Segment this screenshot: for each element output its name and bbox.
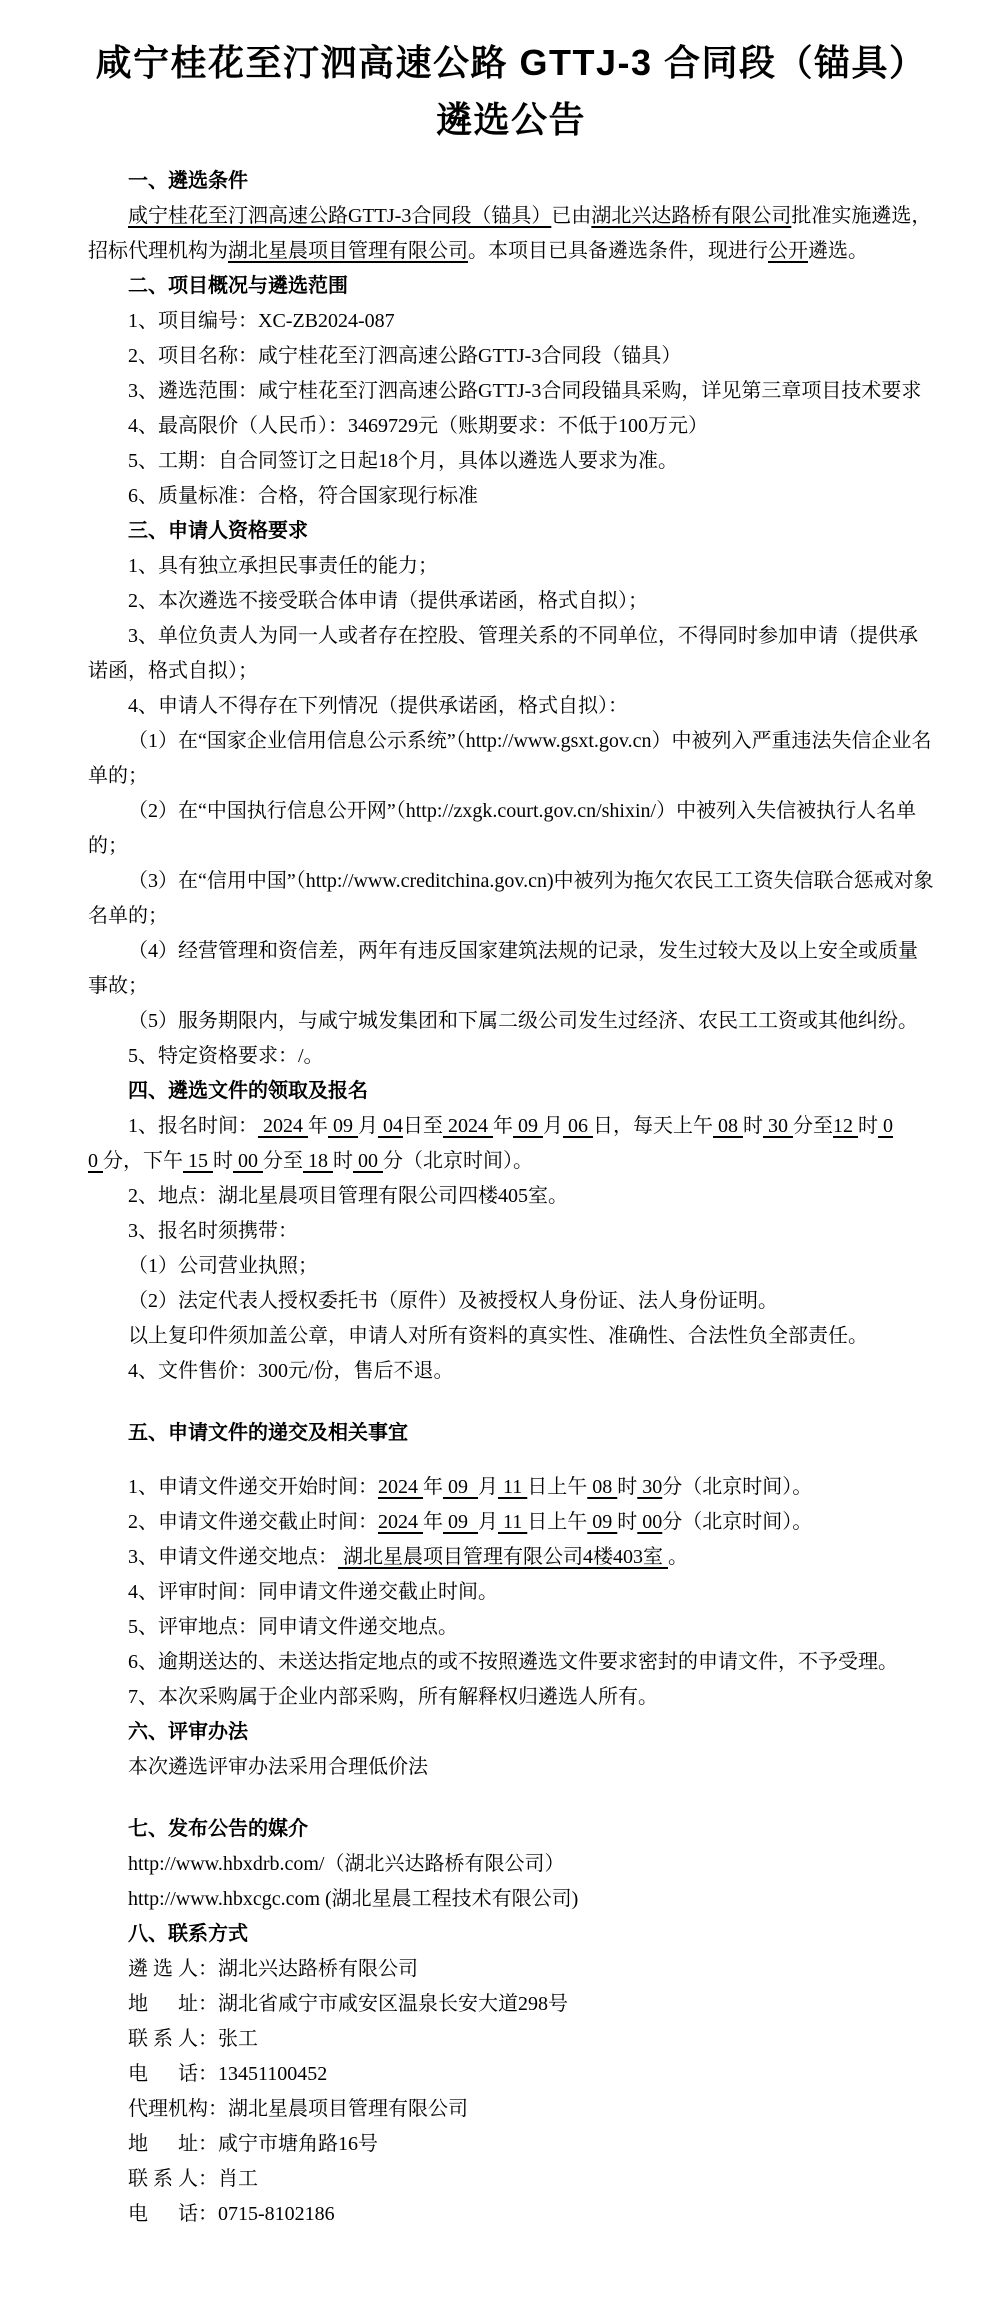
para-selection-scope: 3、遴选范围：咸宁桂花至汀泗高速公路GTTJ-3合同段锚具采购，详见第三章项目技… (88, 374, 934, 409)
text-run: 三、申请人资格要求 (128, 520, 308, 542)
underlined-text: 2024 (443, 1115, 493, 1137)
underlined-text: 00 (637, 1511, 662, 1533)
para-registration-place: 2、地点：湖北星晨项目管理有限公司四楼405室。 (88, 1179, 934, 1214)
underlined-text: 09 (443, 1476, 478, 1498)
text-run: 1、申请文件递交开始时间： (128, 1476, 378, 1498)
text-run: 时 (617, 1476, 637, 1498)
heading-applicant-qualifications: 三、申请人资格要求 (88, 514, 934, 549)
text-run: 月 (478, 1476, 498, 1498)
text-run: （1）在“国家企业信用信息公示系统”（http://www.gsxt.gov.c… (88, 730, 932, 787)
text-run: 5、工期：自合同签订之日起18个月，具体以遴选人要求为准。 (128, 450, 678, 472)
text-run: 代理机构：湖北星晨项目管理有限公司 (128, 2098, 468, 2120)
text-run: 八、联系方式 (128, 1923, 248, 1945)
para-qualification-4-5: （5）服务期限内，与咸宁城发集团和下属二级公司发生过经济、农民工工资或其他纠纷。 (88, 1004, 934, 1039)
underlined-text: 11 (498, 1511, 527, 1533)
text-run: 联 系 人：张工 (128, 2028, 258, 2050)
document-body: 一、遴选条件咸宁桂花至汀泗高速公路GTTJ-3合同段（锚具）已由湖北兴达路桥有限… (88, 164, 934, 2232)
text-run: （1）公司营业执照； (128, 1255, 318, 1277)
para-review-time: 4、评审时间：同申请文件递交截止时间。 (88, 1575, 934, 1610)
text-run: 4、最高限价（人民币）：3469729元（账期要求：不低于100万元） (128, 415, 708, 437)
para-duration: 5、工期：自合同签订之日起18个月，具体以遴选人要求为准。 (88, 444, 934, 479)
para-qualification-4-1: （1）在“国家企业信用信息公示系统”（http://www.gsxt.gov.c… (88, 724, 934, 794)
para-submission-place: 3、申请文件递交地点： 湖北星晨项目管理有限公司4楼403室 。 (88, 1540, 934, 1575)
para-qualification-2: 2、本次遴选不接受联合体申请（提供承诺函，格式自拟）； (88, 584, 934, 619)
text-run: 年 (493, 1115, 513, 1137)
text-run: 2、项目名称：咸宁桂花至汀泗高速公路GTTJ-3合同段（锚具） (128, 345, 681, 367)
para-qualification-5: 5、特定资格要求：/。 (88, 1039, 934, 1074)
underlined-text: 08 (713, 1115, 743, 1137)
para-qualification-1: 1、具有独立承担民事责任的能力； (88, 549, 934, 584)
text-run: 年 (423, 1511, 443, 1533)
text-run: 时 (213, 1150, 233, 1172)
para-bring-1: （1）公司营业执照； (88, 1249, 934, 1284)
text-run: 分至 (263, 1150, 303, 1172)
text-run: 一、遴选条件 (128, 170, 248, 192)
para-media-url-1: http://www.hbxdrb.com/（湖北兴达路桥有限公司） (88, 1847, 934, 1882)
text-run: 年 (423, 1476, 443, 1498)
text-run: 时 (333, 1150, 353, 1172)
para-copies-note: 以上复印件须加盖公章，申请人对所有资料的真实性、准确性、合法性负全部责任。 (88, 1319, 934, 1354)
text-run: 以上复印件须加盖公章，申请人对所有资料的真实性、准确性、合法性负全部责任。 (128, 1325, 868, 1347)
text-run: 分（北京时间）。 (662, 1511, 812, 1533)
heading-document-pickup: 四、遴选文件的领取及报名 (88, 1074, 934, 1109)
text-run: 已由 (551, 205, 591, 227)
para-qualification-4-4: （4）经营管理和资信差，两年有违反国家建筑法规的记录，发生过较大及以上安全或质量… (88, 934, 934, 1004)
underlined-text: 00 (353, 1150, 383, 1172)
underlined-text: 11 (498, 1476, 527, 1498)
text-run: 日上午 (527, 1476, 587, 1498)
para-review-place: 5、评审地点：同申请文件递交地点。 (88, 1610, 934, 1645)
heading-selection-conditions: 一、遴选条件 (88, 164, 934, 199)
text-run: 地 址：湖北省咸宁市咸安区温泉长安大道298号 (128, 1993, 568, 2015)
heading-announcement-media: 七、发布公告的媒介 (88, 1812, 934, 1847)
text-run: 2、申请文件递交截止时间： (128, 1511, 378, 1533)
para-project-number: 1、项目编号：XC-ZB2024-087 (88, 304, 934, 339)
text-run: 7、本次采购属于企业内部采购，所有解释权归遴选人所有。 (128, 1686, 658, 1708)
text-run: 3、遴选范围：咸宁桂花至汀泗高速公路GTTJ-3合同段锚具采购，详见第三章项目技… (128, 380, 921, 402)
text-run: （2）法定代表人授权委托书（原件）及被授权人身份证、法人身份证明。 (128, 1290, 778, 1312)
text-run: 。本项目已具备遴选条件，现进行 (468, 240, 768, 262)
text-run: 日，每天上午 (593, 1115, 713, 1137)
text-run: 分（北京时间）。 (662, 1476, 812, 1498)
underlined-text: 09 (513, 1115, 543, 1137)
text-run: （5）服务期限内，与咸宁城发集团和下属二级公司发生过经济、农民工工资或其他纠纷。 (128, 1010, 918, 1032)
text-run: http://www.hbxdrb.com/（湖北兴达路桥有限公司） (128, 1853, 564, 1875)
para-max-price: 4、最高限价（人民币）：3469729元（账期要求：不低于100万元） (88, 409, 934, 444)
underlined-text: 09 (328, 1115, 358, 1137)
para-qualification-4-3: （3）在“信用中国”（http://www.creditchina.gov.cn… (88, 864, 934, 934)
document-title-line: 遴选公告 (88, 91, 934, 148)
announcement-page: 咸宁桂花至汀泗高速公路 GTTJ-3 合同段（锚具）遴选公告 一、遴选条件咸宁桂… (0, 0, 1000, 2312)
para-late-submission: 6、逾期送达的、未送达指定地点的或不按照遴选文件要求密封的申请文件，不予受理。 (88, 1645, 934, 1680)
para-agency-contact: 联 系 人：肖工 (88, 2162, 934, 2197)
text-run: 六、评审办法 (128, 1721, 248, 1743)
text-run: 2、本次遴选不接受联合体申请（提供承诺函，格式自拟）； (128, 590, 648, 612)
para-project-name: 2、项目名称：咸宁桂花至汀泗高速公路GTTJ-3合同段（锚具） (88, 339, 934, 374)
text-run: （4）经营管理和资信差，两年有违反国家建筑法规的记录，发生过较大及以上安全或质量… (88, 940, 918, 997)
text-run: 5、评审地点：同申请文件递交地点。 (128, 1616, 458, 1638)
text-run: 年 (308, 1115, 328, 1137)
underlined-text: 00 (233, 1150, 263, 1172)
text-run: 。 (668, 1546, 688, 1568)
text-run: 6、逾期送达的、未送达指定地点的或不按照遴选文件要求密封的申请文件，不予受理。 (128, 1651, 898, 1673)
text-run: 1、报名时间： (128, 1115, 258, 1137)
para-internal-procurement: 7、本次采购属于企业内部采购，所有解释权归遴选人所有。 (88, 1680, 934, 1715)
text-run: 四、遴选文件的领取及报名 (128, 1080, 368, 1102)
para-selector-address: 地 址：湖北省咸宁市咸安区温泉长安大道298号 (88, 1987, 934, 2022)
para-document-price: 4、文件售价：300元/份，售后不退。 (88, 1354, 934, 1389)
text-run: 3、报名时须携带： (128, 1220, 298, 1242)
text-run: 遴选。 (808, 240, 868, 262)
text-run: 1、项目编号：XC-ZB2024-087 (128, 310, 395, 332)
text-run: 3、申请文件递交地点： (128, 1546, 338, 1568)
underlined-text: 06 (563, 1115, 593, 1137)
para-agency-address: 地 址：咸宁市塘角路16号 (88, 2127, 934, 2162)
text-run: 地 址：咸宁市塘角路16号 (128, 2133, 378, 2155)
text-run: 时 (858, 1115, 878, 1137)
text-run: 分至 (793, 1115, 833, 1137)
underlined-text: 09 (587, 1511, 617, 1533)
text-run: 日上午 (527, 1511, 587, 1533)
underlined-text: 15 (183, 1150, 213, 1172)
document-title-line: 咸宁桂花至汀泗高速公路 GTTJ-3 合同段（锚具） (88, 34, 934, 91)
para-selection-conditions: 咸宁桂花至汀泗高速公路GTTJ-3合同段（锚具）已由湖北兴达路桥有限公司批准实施… (88, 199, 934, 269)
para-qualification-4: 4、申请人不得存在下列情况（提供承诺函，格式自拟）： (88, 689, 934, 724)
text-run: 遴 选 人：湖北兴达路桥有限公司 (128, 1958, 418, 1980)
para-qualification-4-2: （2）在“中国执行信息公开网”（http://zxgk.court.gov.cn… (88, 794, 934, 864)
heading-contact-info: 八、联系方式 (88, 1917, 934, 1952)
para-selector-contact: 联 系 人：张工 (88, 2022, 934, 2057)
text-run: 七、发布公告的媒介 (128, 1818, 308, 1840)
text-run: 时 (617, 1511, 637, 1533)
para-qualification-3: 3、单位负责人为同一人或者存在控股、管理关系的不同单位，不得同时参加申请（提供承… (88, 619, 934, 689)
text-run: （3）在“信用中国”（http://www.creditchina.gov.cn… (88, 870, 934, 927)
text-run: 4、评审时间：同申请文件递交截止时间。 (128, 1581, 498, 1603)
para-selector-phone: 电 话：13451100452 (88, 2057, 934, 2092)
underlined-text: 30 (637, 1476, 662, 1498)
para-evaluation-method: 本次遴选评审办法采用合理低价法 (88, 1750, 934, 1785)
para-media-url-2: http://www.hbxcgc.com (湖北星晨工程技术有限公司) (88, 1882, 934, 1917)
underlined-text: 08 (587, 1476, 617, 1498)
underlined-text: 咸宁桂花至汀泗高速公路GTTJ-3合同段（锚具） (128, 205, 551, 227)
para-submission-start: 1、申请文件递交开始时间：2024 年 09 月 11 日上午 08 时 30分… (88, 1470, 934, 1505)
para-registration-time: 1、报名时间： 2024 年 09 月 04日至 2024 年 09 月 06 … (88, 1109, 934, 1179)
underlined-text: 12 (833, 1115, 858, 1137)
text-run: 二、项目概况与遴选范围 (128, 275, 348, 297)
underlined-text: 2024 (378, 1511, 423, 1533)
underlined-text: 2024 (378, 1476, 423, 1498)
heading-document-submission: 五、申请文件的递交及相关事宜 (88, 1416, 934, 1451)
text-run: （2）在“中国执行信息公开网”（http://zxgk.court.gov.cn… (88, 800, 916, 857)
text-run: 五、申请文件的递交及相关事宜 (128, 1422, 408, 1444)
text-run: 日至 (403, 1115, 443, 1137)
underlined-text: 04 (378, 1115, 403, 1137)
text-run: 2、地点：湖北星晨项目管理有限公司四楼405室。 (128, 1185, 568, 1207)
text-run: 月 (358, 1115, 378, 1137)
text-run: 联 系 人：肖工 (128, 2168, 258, 2190)
para-agency-phone: 电 话：0715-8102186 (88, 2197, 934, 2232)
para-selector-name: 遴 选 人：湖北兴达路桥有限公司 (88, 1952, 934, 1987)
underlined-text: 18 (303, 1150, 333, 1172)
underlined-text: 公开 (768, 240, 808, 262)
text-run: 1、具有独立承担民事责任的能力； (128, 555, 438, 577)
text-run: 月 (478, 1511, 498, 1533)
text-run: 4、申请人不得存在下列情况（提供承诺函，格式自拟）： (128, 695, 628, 717)
para-registration-bring: 3、报名时须携带： (88, 1214, 934, 1249)
underlined-text: 湖北兴达路桥有限公司 (591, 205, 791, 227)
text-run: 4、文件售价：300元/份，售后不退。 (128, 1360, 454, 1382)
text-run: 本次遴选评审办法采用合理低价法 (128, 1756, 428, 1778)
text-run: 电 话：13451100452 (128, 2063, 327, 2085)
document-title: 咸宁桂花至汀泗高速公路 GTTJ-3 合同段（锚具）遴选公告 (88, 34, 934, 148)
para-submission-deadline: 2、申请文件递交截止时间：2024 年 09 月 11 日上午 09 时 00分… (88, 1505, 934, 1540)
underlined-text: 湖北星晨项目管理有限公司4楼403室 (338, 1546, 668, 1568)
text-run: 时 (743, 1115, 763, 1137)
underlined-text: 2024 (258, 1115, 308, 1137)
text-run: 月 (543, 1115, 563, 1137)
text-run: 6、质量标准：合格，符合国家现行标准 (128, 485, 478, 507)
text-run: 分，下午 (103, 1150, 183, 1172)
para-bring-2: （2）法定代表人授权委托书（原件）及被授权人身份证、法人身份证明。 (88, 1284, 934, 1319)
underlined-text: 湖北星晨项目管理有限公司 (228, 240, 468, 262)
text-run: 3、单位负责人为同一人或者存在控股、管理关系的不同单位，不得同时参加申请（提供承… (88, 625, 918, 682)
text-run: 分（北京时间）。 (383, 1150, 533, 1172)
heading-project-overview: 二、项目概况与遴选范围 (88, 269, 934, 304)
para-quality-standard: 6、质量标准：合格，符合国家现行标准 (88, 479, 934, 514)
text-run: http://www.hbxcgc.com (湖北星晨工程技术有限公司) (128, 1888, 578, 1910)
underlined-text: 09 (443, 1511, 478, 1533)
heading-evaluation-method: 六、评审办法 (88, 1715, 934, 1750)
para-agency-name: 代理机构：湖北星晨项目管理有限公司 (88, 2092, 934, 2127)
text-run: 电 话：0715-8102186 (128, 2203, 335, 2225)
underlined-text: 30 (763, 1115, 793, 1137)
text-run: 5、特定资格要求：/。 (128, 1045, 324, 1067)
